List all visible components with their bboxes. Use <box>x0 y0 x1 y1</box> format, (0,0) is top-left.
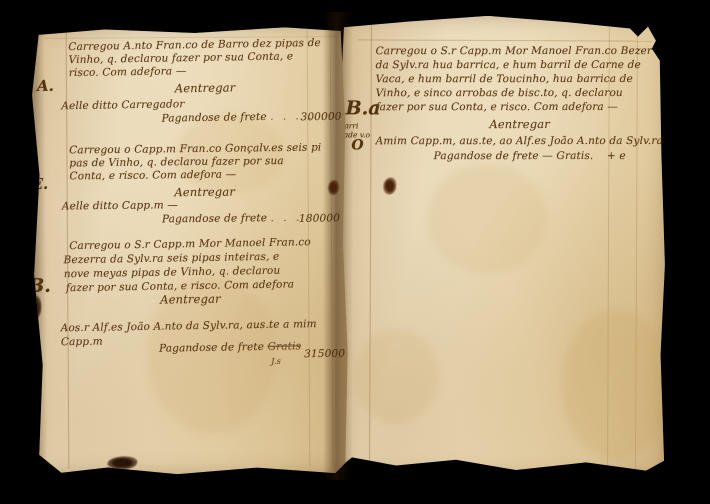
stain <box>561 309 672 459</box>
margin-mark-letter: A. <box>37 77 54 95</box>
freight-label: Pagandose de frete — <box>434 150 557 162</box>
delivery-line: Amim Capp.m, aus.te, ao Alf.es João A.nt… <box>376 135 664 148</box>
ledger-entry: Carregou o Capp.m Fran.co Gonçalv.es sei… <box>69 141 340 227</box>
ink-smudge <box>107 456 137 469</box>
ledger-entry: Carregou A.nto Fran.co de Barro dez pipa… <box>68 37 341 127</box>
freight-label: Pagandose de frete <box>159 341 264 355</box>
left-page: A. E. B. Carregou A.nto Fran.co de Barro… <box>25 23 350 477</box>
manuscript-book-spread: B.a barri cade v.o O Carregou o S.r Capp… <box>0 0 710 504</box>
freight-trailing-mark: + e <box>607 150 626 162</box>
entry-line: da Sylv.ra hua barrica, e hum barril de … <box>376 58 664 72</box>
delivery-line: Aos.r Alf.es João A.nto da Sylv.ra, aus.… <box>61 318 317 335</box>
freight-amount: 180000 <box>299 212 340 225</box>
margin-mark-letter: E. <box>32 175 49 193</box>
freight-line: Pagandose de frete — Gratis. + e <box>376 150 664 163</box>
ledger-entry: Carregou o S.r Capp.m Mor Manoel Fran.co… <box>69 236 343 380</box>
freight-label: Pagandose de frete <box>162 212 267 225</box>
margin-mark-circle: O <box>351 137 363 153</box>
freight-struck-note: Gratis <box>268 340 302 353</box>
ruled-line-horizontal <box>358 39 652 41</box>
entry-line: Conta, e risco. Com adefora — <box>69 167 339 183</box>
freight-gratis: Gratis. <box>556 150 593 162</box>
entry-line: fazer por sua Conta, e risco. Com adefor… <box>376 100 664 114</box>
stain <box>354 328 439 423</box>
freight-label: Pagandose de frete <box>161 111 266 125</box>
entry-line: Vaca, e hum barril de Toucinho, hua barr… <box>376 72 664 86</box>
delivery-heading: Aentregar <box>376 118 664 131</box>
freight-leader: . . . <box>271 212 303 224</box>
freight-sub-note: J.s <box>271 355 281 368</box>
stain <box>427 164 547 275</box>
delivery-heading: Aentregar <box>69 80 341 98</box>
delivery-heading: Aentregar <box>160 293 221 307</box>
ink-blot <box>383 177 396 194</box>
entry-line: Vinho, e sinco arrobas de bisc.to, q. de… <box>376 86 664 100</box>
freight-line: Pagandose de frete Gratis <box>159 340 301 355</box>
freight-amount: 300000 <box>300 111 341 125</box>
delivery-line: Capp.m <box>61 336 103 350</box>
entry-line: Carregou o S.r Capp.m Mor Manoel Fran.co… <box>376 44 664 58</box>
margin-mark-letter: B. <box>28 275 51 297</box>
right-page: B.a barri cade v.o O Carregou o S.r Capp… <box>336 13 670 478</box>
ledger-entry: Carregou o S.r Capp.m Mor Manoel Fran.co… <box>376 44 664 163</box>
freight-line: Pagandose de frete . . . 180000 <box>70 211 340 227</box>
freight-amount: 315000 <box>304 348 345 362</box>
